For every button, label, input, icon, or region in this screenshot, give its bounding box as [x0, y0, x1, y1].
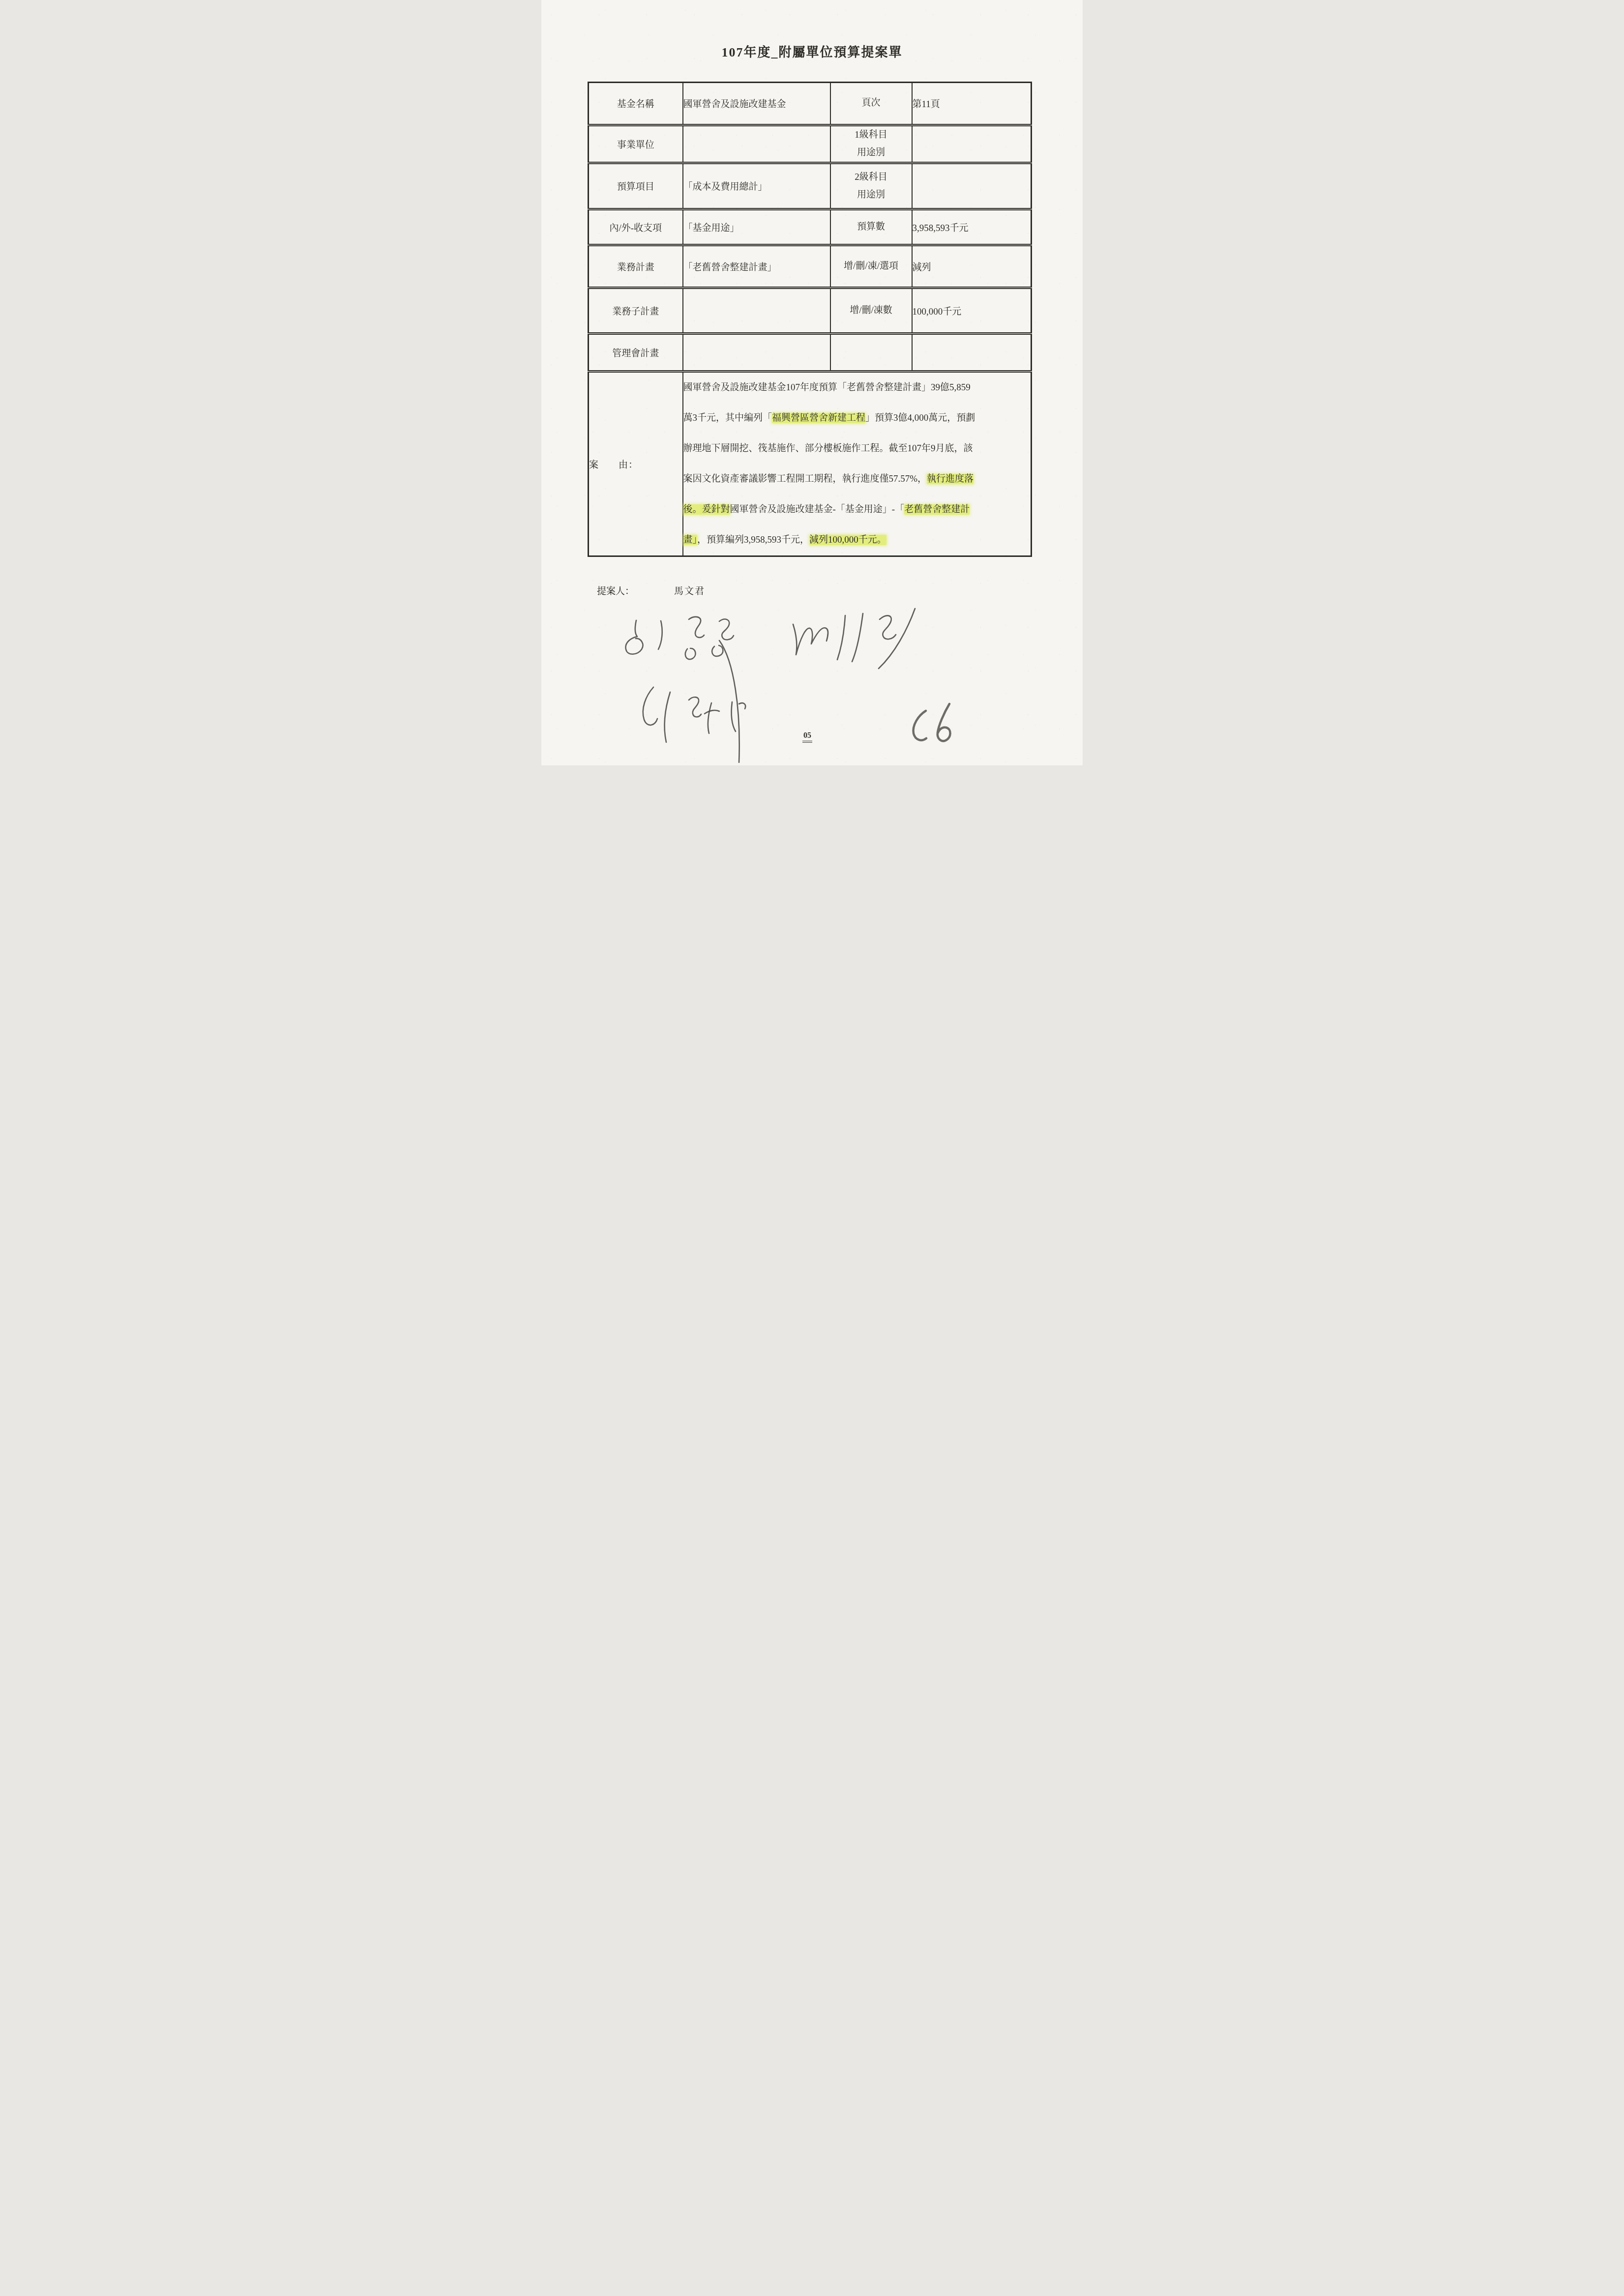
- case-text-segment: 案因文化資產審議影響工程開工期程，執行進度僅57.57%，: [683, 474, 927, 484]
- proposer-line: 提案人： 馬文君: [597, 584, 705, 597]
- case-text-segment: 萬3千元，其中編列「: [683, 413, 772, 423]
- in-out-item-value: 「基金用途」: [683, 209, 830, 245]
- empty-label-cell: [830, 334, 912, 372]
- table-row: 內/外-收支項 「基金用途」 預算數 3,958,593千元: [589, 209, 1032, 245]
- highlighted-text: 老舊營舍整建計: [904, 504, 970, 515]
- case-text-segment: 」預算3億4,000萬元，預劃: [865, 413, 975, 423]
- action-option-label: 增/刪/凍/選項: [830, 245, 912, 288]
- case-text-segment: ，預算編列3,958,593千元，: [697, 535, 809, 545]
- case-line: 萬3千元，其中編列「福興營區營舍新建工程」預算3億4,000萬元，預劃: [683, 403, 1031, 434]
- case-row: 案 由： 國軍營舍及設施改建基金107年度預算「老舊營舍整建計畫」39億5,85…: [589, 372, 1032, 556]
- table-row: 業務計畫 「老舊營舍整建計畫」 增/刪/凍/選項 減列: [589, 245, 1032, 288]
- case-line: 國軍營舍及設施改建基金107年度預算「老舊營舍整建計畫」39億5,859: [683, 373, 1031, 403]
- case-line: 後。爰針對國軍營舍及設施改建基金-「基金用途」-「老舊營舍整建計: [683, 494, 1031, 525]
- case-line: 辦理地下層開挖、筏基施作、部分樓板施作工程。截至107年9月底，該: [683, 434, 1031, 464]
- level2-subject-label: 2級科目 用途別: [830, 163, 912, 209]
- table-row: 基金名稱 國軍營舍及設施改建基金 頁次 第11頁: [589, 83, 1032, 125]
- case-reason-cell: 國軍營舍及設施改建基金107年度預算「老舊營舍整建計畫」39億5,859萬3千元…: [683, 372, 1032, 556]
- handwritten-56-icon: [914, 704, 950, 741]
- management-plan-value: [683, 334, 830, 372]
- level1-subject-label: 1級科目 用途別: [830, 125, 912, 163]
- management-plan-label: 管理會計畫: [589, 334, 683, 372]
- highlighted-text: 後。: [683, 504, 702, 515]
- proposer-name: 馬文君: [674, 584, 705, 597]
- sub-plan-label: 業務子計畫: [589, 288, 683, 334]
- budget-amount-value: 3,958,593千元: [912, 209, 1032, 245]
- highlighted-text: 畫」: [683, 535, 698, 545]
- table-row: 預算項目 「成本及費用總計」 2級科目 用途別: [589, 163, 1032, 209]
- page-number: 05: [802, 731, 812, 743]
- case-text-segment: 國軍營舍及設施改建基金107年度預算「老舊營舍整建計畫」39億5,859: [683, 382, 971, 393]
- case-text: 國軍營舍及設施改建基金107年度預算「老舊營舍整建計畫」39億5,859萬3千元…: [683, 373, 1031, 555]
- action-option-value: 減列: [912, 245, 1032, 288]
- scanned-document-page: 107年度_附屬單位預算提案單 基金名稱 國軍營舍及設施改建基金 頁次 第11頁…: [541, 0, 1083, 765]
- signature-second-cosigner-icon: [643, 687, 745, 742]
- highlighted-text: 減列100,000千元。: [809, 535, 886, 545]
- case-reason-label: 案 由：: [589, 372, 683, 556]
- case-line: 案因文化資產審議影響工程開工期程，執行進度僅57.57%，執行進度落: [683, 464, 1031, 494]
- fund-name-value: 國軍營舍及設施改建基金: [683, 83, 830, 125]
- highlighted-text: 爰針對: [702, 504, 730, 515]
- level2-subject-value: [912, 163, 1032, 209]
- empty-value-cell: [912, 334, 1032, 372]
- signature-proposer-icon: [626, 617, 739, 762]
- case-text-segment: 國軍營舍及設施改建基金-「基金用途」-「: [730, 504, 905, 515]
- action-amount-value: 100,000千元: [912, 288, 1032, 334]
- highlighted-text: 執行進度落: [927, 474, 974, 484]
- sub-plan-value: [683, 288, 830, 334]
- highlighted-text: 福興營區營舍新建工程: [772, 413, 865, 423]
- action-amount-label: 增/刪/凍數: [830, 288, 912, 334]
- budget-item-label: 預算項目: [589, 163, 683, 209]
- signature-cosigner-icon: [793, 609, 915, 668]
- case-text-segment: 辦理地下層開挖、筏基施作、部分樓板施作工程。截至107年9月底，該: [683, 443, 973, 454]
- table-row: 事業單位 1級科目 用途別: [589, 125, 1032, 163]
- table-row: 業務子計畫 增/刪/凍數 100,000千元: [589, 288, 1032, 334]
- page-index-value: 第11頁: [912, 83, 1032, 125]
- fund-name-label: 基金名稱: [589, 83, 683, 125]
- page-index-label: 頁次: [830, 83, 912, 125]
- business-unit-value: [683, 125, 830, 163]
- page-title: 107年度_附屬單位預算提案單: [541, 42, 1083, 60]
- budget-proposal-table: 基金名稱 國軍營舍及設施改建基金 頁次 第11頁 事業單位 1級科目 用途別 預…: [588, 82, 1032, 557]
- proposer-label: 提案人：: [597, 584, 634, 597]
- budget-amount-label: 預算數: [830, 209, 912, 245]
- business-plan-value: 「老舊營舍整建計畫」: [683, 245, 830, 288]
- business-plan-label: 業務計畫: [589, 245, 683, 288]
- budget-item-value: 「成本及費用總計」: [683, 163, 830, 209]
- in-out-item-label: 內/外-收支項: [589, 209, 683, 245]
- case-line: 畫」，預算編列3,958,593千元，減列100,000千元。: [683, 525, 1031, 555]
- level1-subject-value: [912, 125, 1032, 163]
- table-row: 管理會計畫: [589, 334, 1032, 372]
- business-unit-label: 事業單位: [589, 125, 683, 163]
